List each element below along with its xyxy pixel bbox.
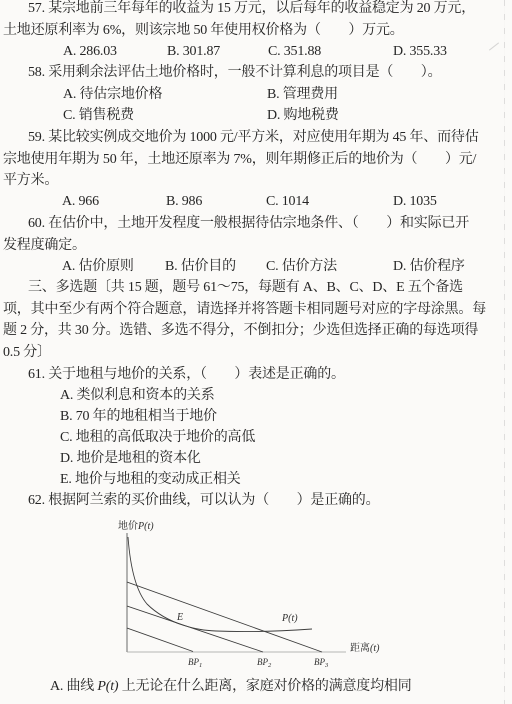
q60-line-1: 60. 在估价中，土地开发程度一般根据待估宗地条件、（ ）和实际已开 [28, 217, 469, 231]
q58-option-c: C. 销售税费 [63, 109, 134, 123]
q61-line-1: 61. 关于地租与地价的关系，（ ）表述是正确的。 [28, 368, 345, 382]
curve-label: P(t) [281, 613, 298, 624]
q62-line-1: 62. 根据阿兰索的买价曲线，可以认为（ ）是正确的。 [28, 494, 379, 508]
q62-option-a-text-post: 上无论在什么距离，家庭对价格的满意度均相同 [118, 679, 411, 694]
q59-option-c: C. 1014 [266, 195, 309, 209]
q59-option-d: D. 1035 [393, 195, 437, 209]
q57-option-a: A. 286.03 [63, 45, 117, 59]
q61-option-b: B. 70 年的地租相当于地价 [60, 410, 217, 424]
alonso-bid-price-figure: 地价P(t) 距离(t) E P(t) BP1 BP2 BP3 [100, 512, 405, 674]
q59-line-1: 59. 某比较实例成交地价为 1000 元/平方米，对应使用年期为 45 年、而… [28, 131, 479, 145]
exam-page: 57. 某宗地前三年每年的收益为 15 万元，以后每年的收益稳定为 20 万元，… [0, 0, 512, 704]
q62-option-a-math: P(t) [97, 679, 118, 694]
section-3-header-line-2: 项，其中至少有两个符合题意，请选择并将答题卡相同题号对应的字母涂黑。每 [3, 303, 486, 317]
q59-options: A. 966 B. 986 C. 1014 D. 1035 [0, 195, 512, 213]
q57-line-1: 57. 某宗地前三年每年的收益为 15 万元，以后每年的收益稳定为 20 万元， [28, 2, 475, 16]
q58-line-1: 58. 采用剩余法评估土地价格时，一般不计算利息的项目是（ ）。 [28, 66, 441, 80]
q60-option-b: B. 估价目的 [165, 260, 236, 274]
q60-line-2: 发程度确定。 [3, 239, 86, 253]
x-axis-label: 距离(t) [350, 641, 380, 654]
bp3-tick-label: BP3 [314, 657, 329, 669]
q62-option-a: A. 曲线 P(t) 上无论在什么距离，家庭对价格的满意度均相同 [50, 680, 412, 694]
q58-option-a: A. 待估宗地价格 [63, 88, 162, 102]
q60-option-a: A. 估价原则 [62, 260, 134, 274]
scan-fold-line [504, 0, 505, 704]
q61-option-a: A. 类似利息和资本的关系 [60, 389, 215, 403]
q61-option-e: E. 地价与地租的变动成正相关 [60, 473, 241, 487]
q61-option-d: D. 地价是地租的资本化 [60, 452, 201, 466]
equilibrium-point-label: E [176, 612, 183, 623]
q59-option-a: A. 966 [62, 195, 99, 209]
q58-option-d: D. 购地税费 [267, 109, 339, 123]
bp2-tick-label: BP2 [257, 657, 272, 669]
q59-line-3: 平方米。 [3, 174, 58, 188]
q57-option-d: D. 355.33 [393, 45, 447, 59]
q59-option-b: B. 986 [166, 195, 202, 209]
q57-line-2: 土地还原利率为 6%，则该宗地 50 年使用权价格为（ ）万元。 [3, 24, 404, 38]
bid-price-line-2 [127, 606, 263, 652]
section-3-header-line-3: 题 2 分，共 30 分。选错、多选不得分，不倒扣分；少选但选择正确的每选项得 [3, 324, 478, 338]
q62-option-a-text-pre: A. 曲线 [50, 679, 97, 694]
q57-option-c: C. 351.88 [268, 45, 321, 59]
section-3-header-line-1: 三、多选题〔共 15 题，题号 61～75，每题有 A、B、C、D、E 五个备选 [28, 281, 463, 295]
section-3-header-line-4: 0.5 分〕 [3, 346, 51, 360]
q61-option-c: C. 地租的高低取决于地价的高低 [60, 431, 255, 445]
q58-options-cd: C. 销售税费 D. 购地税费 [0, 109, 512, 127]
q60-options: A. 估价原则 B. 估价目的 C. 估价方法 D. 估价程序 [0, 260, 512, 278]
bp1-tick-label: BP1 [188, 657, 202, 669]
q60-option-c: C. 估价方法 [266, 260, 337, 274]
q60-option-d: D. 估价程序 [393, 260, 465, 274]
q57-options: A. 286.03 B. 301.87 C. 351.88 D. 355.33 [0, 45, 512, 63]
q59-line-2: 宗地使用年期为 50 年，土地还原率为 7%，则年期修正后的地价为（ ）元/ [3, 153, 476, 167]
q58-option-b: B. 管理费用 [267, 88, 338, 102]
bid-price-line-1 [127, 628, 193, 652]
q58-options-ab: A. 待估宗地价格 B. 管理费用 [0, 88, 512, 106]
q57-option-b: B. 301.87 [167, 45, 220, 59]
y-axis-label: 地价P(t) [118, 519, 154, 532]
